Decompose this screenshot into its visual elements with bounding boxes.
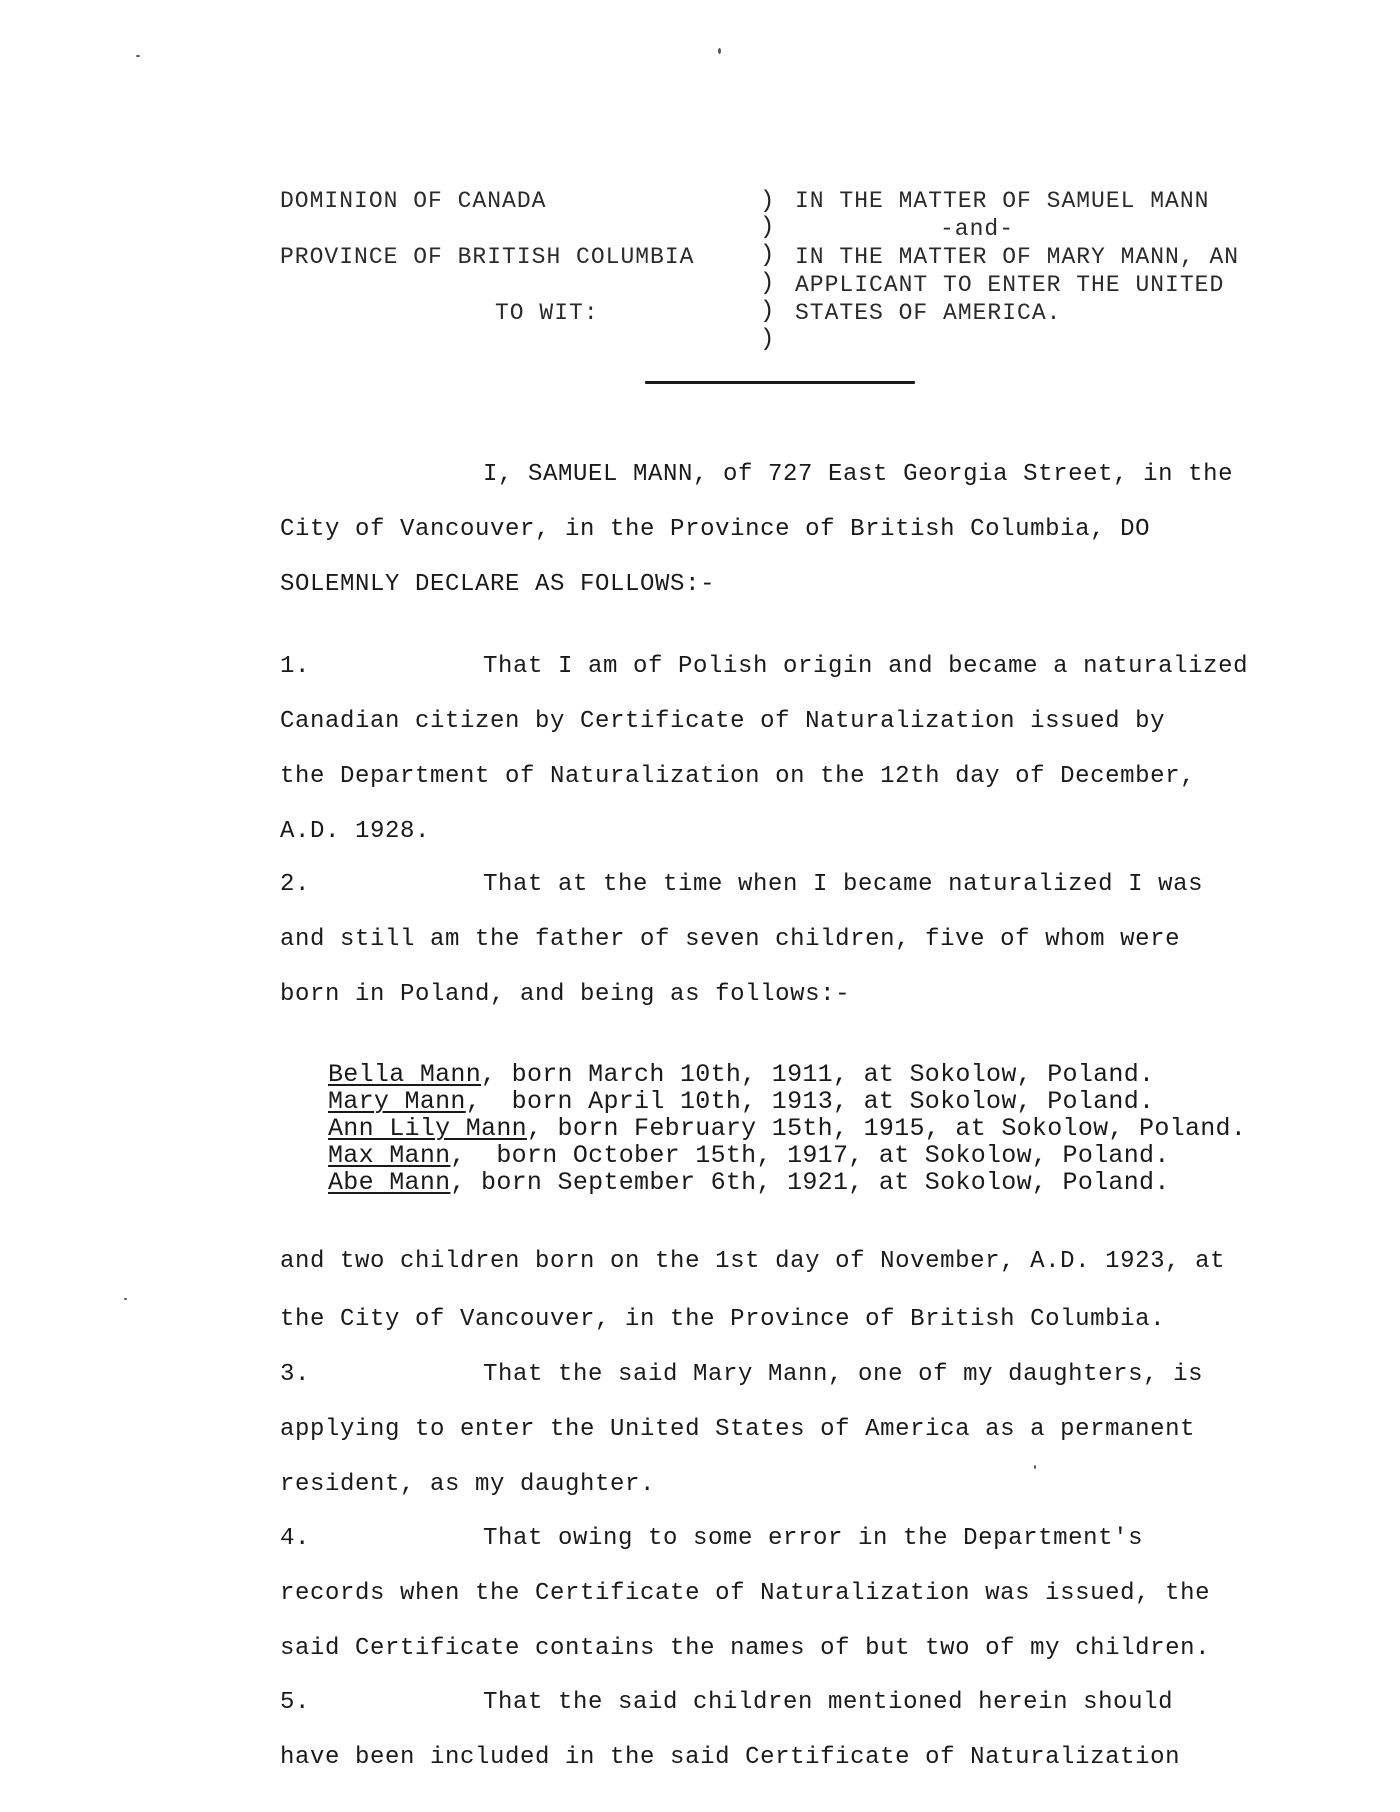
child-details: , born April 10th, 1913, at Sokolow, Pol… (466, 1087, 1155, 1116)
child-details: , born February 15th, 1915, at Sokolow, … (527, 1114, 1246, 1143)
paragraph-number: 5. (280, 1688, 310, 1718)
child-details: , born March 10th, 1911, at Sokolow, Pol… (481, 1060, 1154, 1089)
paragraph-2-line: born in Poland, and being as follows:- (280, 980, 850, 1010)
paragraph-number: 4. (280, 1524, 310, 1554)
matter-title-samuel: IN THE MATTER OF SAMUEL MANN (795, 186, 1209, 216)
intro-line: SOLEMNLY DECLARE AS FOLLOWS:- (280, 570, 715, 600)
child-details: , born October 15th, 1917, at Sokolow, P… (450, 1141, 1169, 1170)
matter-title-mary: IN THE MATTER OF MARY MANN, AN (795, 242, 1239, 272)
child-name: Ann Lily Mann (328, 1114, 527, 1143)
child-name: Mary Mann (328, 1087, 466, 1116)
child-entry: Bella Mann, born March 10th, 1911, at So… (328, 1061, 1154, 1088)
paragraph-number: 3. (280, 1360, 310, 1390)
intro-line: I, SAMUEL MANN, of 727 East Georgia Stre… (483, 460, 1233, 490)
paragraph-1-line: A.D. 1928. (280, 817, 430, 847)
matter-title-applicant: APPLICANT TO ENTER THE UNITED (795, 270, 1224, 300)
child-name: Bella Mann (328, 1060, 481, 1089)
child-entry: Mary Mann, born April 10th, 1913, at Sok… (328, 1088, 1154, 1115)
paragraph-number: 2. (280, 870, 310, 900)
paragraph-1-line: Canadian citizen by Certificate of Natur… (280, 707, 1165, 737)
paragraph-2-line: That at the time when I became naturaliz… (483, 870, 1203, 900)
matter-title-states: STATES OF AMERICA. (795, 298, 1061, 328)
bracket: ) (760, 298, 774, 326)
child-entry: Max Mann, born October 15th, 1917, at So… (328, 1142, 1170, 1169)
scan-speck (136, 55, 140, 57)
paragraph-2-cont-line: and two children born on the 1st day of … (280, 1247, 1225, 1277)
paragraph-2-line: and still am the father of seven childre… (280, 925, 1180, 955)
jurisdiction-province: PROVINCE OF BRITISH COLUMBIA (280, 242, 694, 272)
paragraph-number: 1. (280, 652, 310, 682)
child-name: Max Mann (328, 1141, 450, 1170)
bracket: ) (760, 326, 774, 354)
paragraph-3-line: That the said Mary Mann, one of my daugh… (483, 1360, 1203, 1390)
matter-and: -and- (940, 214, 1014, 244)
bracket: ) (760, 214, 774, 242)
bracket: ) (760, 242, 774, 270)
paragraph-4-line: said Certificate contains the names of b… (280, 1634, 1210, 1664)
bracket: ) (760, 270, 774, 298)
paragraph-2-cont-line: the City of Vancouver, in the Province o… (280, 1305, 1165, 1335)
jurisdiction-to-wit: TO WIT: (495, 298, 599, 328)
paragraph-5-line: That the said children mentioned herein … (483, 1688, 1173, 1718)
divider-rule (645, 381, 915, 384)
scan-speck (1034, 1465, 1036, 1469)
scan-speck (718, 48, 721, 54)
child-name: Abe Mann (328, 1168, 450, 1197)
paragraph-5-line: have been included in the said Certifica… (280, 1743, 1180, 1773)
child-entry: Abe Mann, born September 6th, 1921, at S… (328, 1169, 1170, 1196)
jurisdiction-dominion: DOMINION OF CANADA (280, 186, 546, 216)
paragraph-1-line: the Department of Naturalization on the … (280, 762, 1195, 792)
scan-speck (124, 1298, 127, 1300)
paragraph-4-line: That owing to some error in the Departme… (483, 1524, 1143, 1554)
paragraph-3-line: applying to enter the United States of A… (280, 1415, 1195, 1445)
paragraph-3-line: resident, as my daughter. (280, 1470, 655, 1500)
child-details: , born September 6th, 1921, at Sokolow, … (450, 1168, 1169, 1197)
paragraph-1-line: That I am of Polish origin and became a … (483, 652, 1248, 682)
paragraph-4-line: records when the Certificate of Naturali… (280, 1579, 1210, 1609)
intro-line: City of Vancouver, in the Province of Br… (280, 515, 1150, 545)
bracket: ) (760, 188, 774, 216)
child-entry: Ann Lily Mann, born February 15th, 1915,… (328, 1115, 1246, 1142)
